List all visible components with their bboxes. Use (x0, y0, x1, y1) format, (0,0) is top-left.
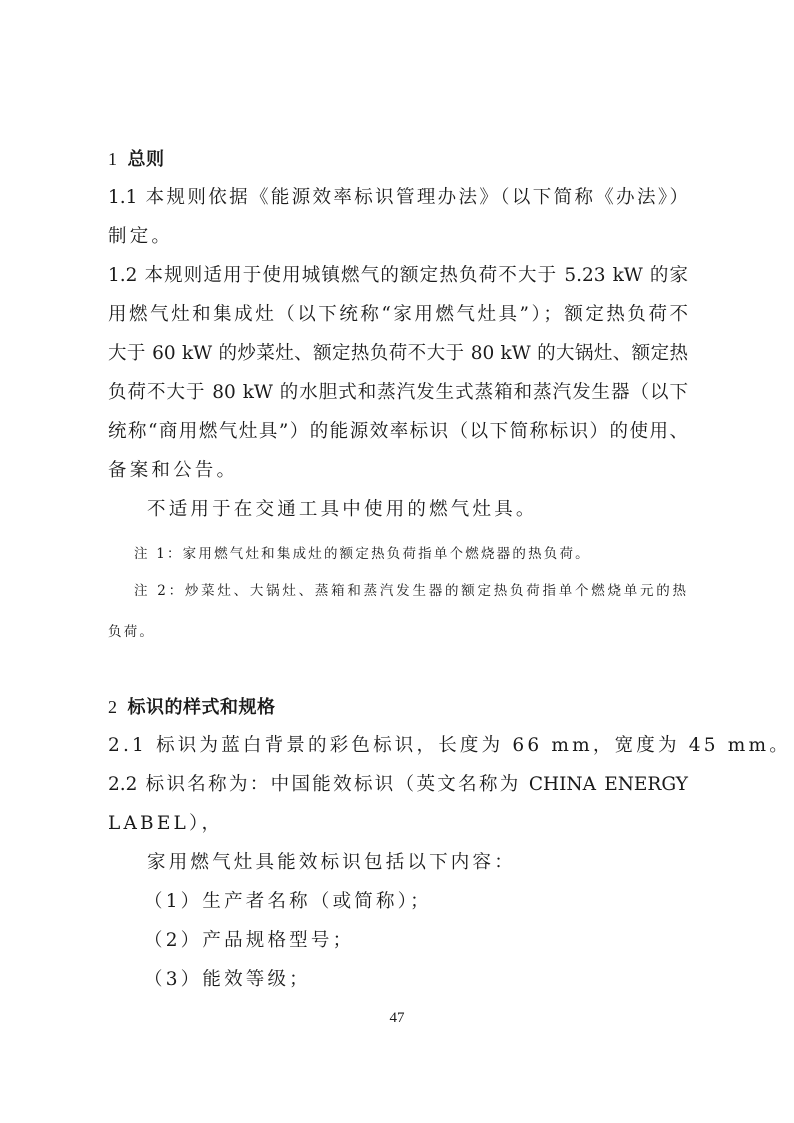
paragraph-line: 统称“商用燃气灶具”）的能源效率标识（以下简称标识）的使用、 (108, 420, 688, 444)
section-1-number: 1 (108, 149, 118, 169)
paragraph-line: 2.1 标识为蓝白背景的彩色标识，长度为 66 mm，宽度为 45 mm。 (108, 734, 688, 758)
list-item: （3）能效等级； (144, 968, 724, 992)
list-item: （2）产品规格型号； (144, 929, 724, 953)
section-1-heading: 1总则 (108, 147, 688, 172)
section-1-title: 总则 (128, 149, 165, 170)
note-2-continued: 负荷。 (108, 620, 688, 644)
paragraph-line: 用燃气灶和集成灶（以下统称“家用燃气灶具”）；额定热负荷不 (108, 303, 688, 327)
paragraph-line: 不适用于在交通工具中使用的燃气灶具。 (147, 498, 727, 522)
page-number: 47 (0, 1010, 794, 1027)
paragraph-line: 制定。 (108, 225, 688, 249)
paragraph-line: LABEL）， (108, 812, 688, 836)
paragraph-line: 1.1 本规则依据《能源效率标识管理办法》（以下简称《办法》） (108, 186, 688, 210)
paragraph-line: 2.2 标识名称为：中国能效标识（英文名称为 CHINA ENERGY (108, 773, 688, 797)
paragraph-line: 家用燃气灶具能效标识包括以下内容： (147, 851, 727, 875)
note-1: 注 1：家用燃气灶和集成灶的额定热负荷指单个燃烧器的热负荷。 (134, 542, 714, 566)
paragraph-line: 负荷不大于 80 kW 的水胆式和蒸汽发生式蒸箱和蒸汽发生器（以下 (108, 381, 688, 405)
paragraph-line: 1.2 本规则适用于使用城镇燃气的额定热负荷不大于 5.23 kW 的家 (108, 264, 688, 288)
section-2-number: 2 (108, 697, 118, 717)
note-2: 注 2：炒菜灶、大锅灶、蒸箱和蒸汽发生器的额定热负荷指单个燃烧单元的热 (134, 579, 686, 603)
list-item: （1）生产者名称（或简称）； (144, 890, 724, 914)
document-page: 1总则 1.1 本规则依据《能源效率标识管理办法》（以下简称《办法》） 制定。 … (0, 0, 794, 1123)
section-2-title: 标识的样式和规格 (128, 697, 276, 718)
paragraph-line: 大于 60 kW 的炒菜灶、额定热负荷不大于 80 kW 的大锅灶、额定热 (108, 342, 688, 366)
paragraph-line: 备案和公告。 (108, 459, 688, 483)
section-2-heading: 2标识的样式和规格 (108, 695, 688, 720)
